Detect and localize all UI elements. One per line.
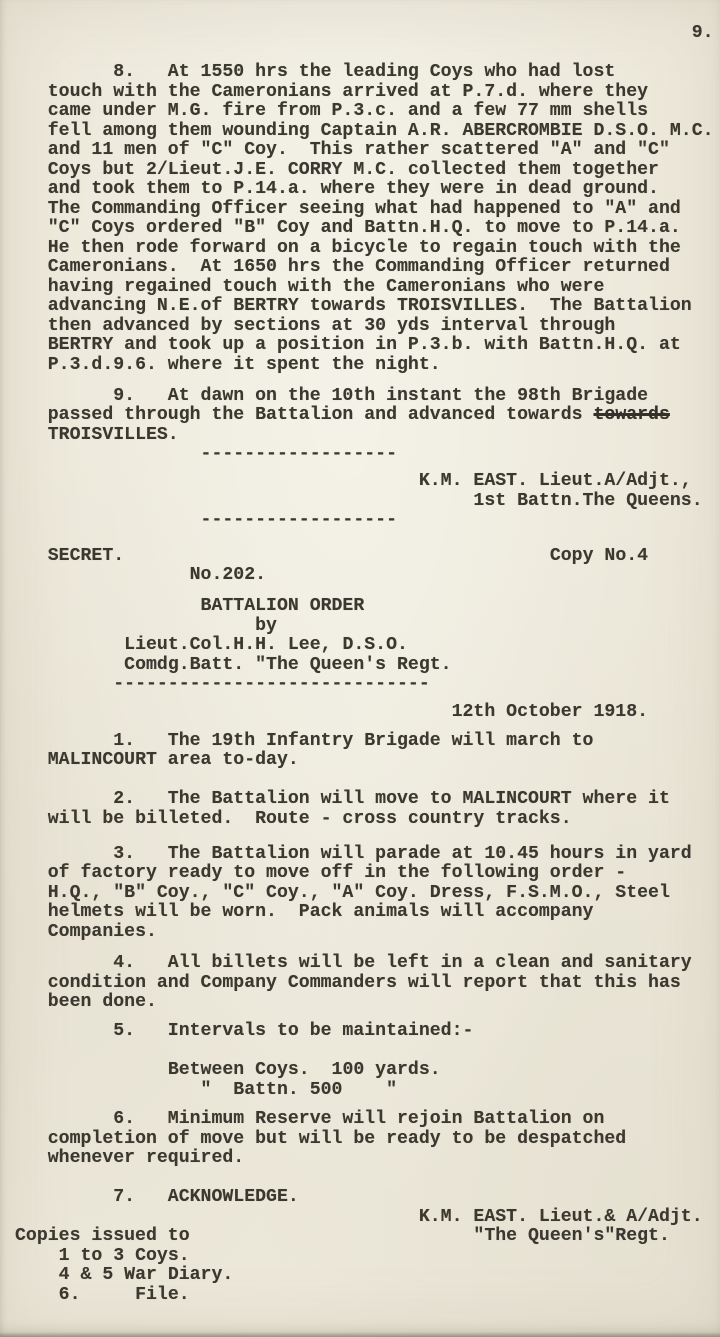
typed-text: P.3.d.9.6. where it spent the night. bbox=[48, 355, 441, 375]
typed-text: ------------------ bbox=[201, 510, 397, 530]
typed-line: Coys but 2/Lieut.J.E. CORRY M.C. collect… bbox=[15, 161, 720, 181]
order-item-4: 4. All billets will be left in a clean a… bbox=[15, 954, 720, 1013]
typed-line: and 11 men of "C" Coy. This rather scatt… bbox=[15, 141, 720, 161]
typed-text: 12th October 1918. bbox=[452, 702, 648, 722]
typed-line: 9. At dawn on the 10th instant the 98th … bbox=[15, 387, 720, 407]
typed-line: 12th October 1918. bbox=[15, 703, 720, 723]
typed-text: fell among them wounding Captain A.R. AB… bbox=[48, 121, 714, 141]
typed-line: of factory ready to move off in the foll… bbox=[15, 864, 720, 884]
secret-copy-line: SECRET. Copy No.4 bbox=[15, 547, 720, 567]
interval-table: Between Coys. 100 yards. " Battn. 500 " bbox=[15, 1061, 720, 1100]
typed-line: having regained touch with the Cameronia… bbox=[15, 278, 720, 298]
signature-east-1: K.M. EAST. Lieut.A/Adjt., 1st Battn.The … bbox=[15, 472, 720, 511]
typed-line: He then rode forward on a bicycle to reg… bbox=[15, 239, 720, 259]
typed-line: The Commanding Officer seeing what had h… bbox=[15, 200, 720, 220]
typed-text: BATTALION ORDER bbox=[201, 596, 365, 616]
typed-line: Between Coys. 100 yards. bbox=[15, 1061, 720, 1081]
struck-word: towards bbox=[593, 405, 669, 425]
typed-line: 1 to 3 Coys. bbox=[15, 1247, 720, 1267]
typed-text: then advanced by sections at 30 yds inte… bbox=[48, 316, 616, 336]
typed-text: 9. At dawn on the 10th instant the 98th … bbox=[113, 386, 648, 406]
typed-line: ------------------ bbox=[15, 445, 720, 465]
typed-text: 6. File. bbox=[59, 1285, 190, 1305]
signature-east-2: K.M. EAST. Lieut.& A/Adjt.Copies issued … bbox=[15, 1208, 720, 1247]
document-page: 9. 8. At 1550 hrs the leading Coys who h… bbox=[0, 0, 720, 1337]
typed-line: came under M.G. fire from P.3.c. and a f… bbox=[15, 102, 720, 122]
order-item-5: 5. Intervals to be maintained:- bbox=[15, 1022, 720, 1042]
typed-text: touch with the Cameronians arrived at P.… bbox=[48, 82, 648, 102]
typed-line: MALINCOURT area to-day. bbox=[15, 751, 720, 771]
typed-line: 8. At 1550 hrs the leading Coys who had … bbox=[15, 63, 720, 83]
typed-text: 1 to 3 Coys. bbox=[59, 1246, 190, 1266]
typed-text: will be billeted. Route - cross country … bbox=[48, 809, 572, 829]
typed-text: " Battn. 500 " bbox=[201, 1080, 397, 1100]
typed-line: 5. Intervals to be maintained:- bbox=[15, 1022, 720, 1042]
typed-line: Companies. bbox=[15, 923, 720, 943]
distribution-list: 1 to 3 Coys. 4 & 5 War Diary. 6. File. bbox=[15, 1247, 720, 1306]
typed-line: 4 & 5 War Diary. bbox=[15, 1266, 720, 1286]
typed-line: 2. The Battalion will move to MALINCOURT… bbox=[15, 790, 720, 810]
typed-text: K.M. EAST. Lieut.& A/Adjt. bbox=[419, 1207, 703, 1227]
typed-line: H.Q., "B" Coy., "C" Coy., "A" Coy. Dress… bbox=[15, 884, 720, 904]
typed-line: BATTALION ORDER bbox=[15, 597, 720, 617]
typed-text: of factory ready to move off in the foll… bbox=[48, 863, 626, 883]
order-item-3: 3. The Battalion will parade at 10.45 ho… bbox=[15, 845, 720, 943]
typed-text: been done. bbox=[48, 992, 157, 1012]
typed-line: Lieut.Col.H.H. Lee, D.S.O. bbox=[15, 636, 720, 656]
typed-line: 4. All billets will be left in a clean a… bbox=[15, 954, 720, 974]
typed-text: ----------------------------- bbox=[113, 674, 430, 694]
typed-line: K.M. EAST. Lieut.A/Adjt., bbox=[15, 472, 720, 492]
paragraph-8: 8. At 1550 hrs the leading Coys who had … bbox=[15, 63, 720, 375]
typed-line: "C" Coys ordered "B" Coy and Battn.H.Q. … bbox=[15, 219, 720, 239]
typed-text: came under M.G. fire from P.3.c. and a f… bbox=[48, 101, 648, 121]
dashed-rule-2: ------------------ bbox=[15, 511, 720, 531]
typed-line: 7. ACKNOWLEDGE. bbox=[15, 1188, 720, 1208]
typed-text: 3. The Battalion will parade at 10.45 ho… bbox=[113, 844, 691, 864]
typed-text: passed through the Battalion and advance… bbox=[48, 405, 583, 425]
typed-line: BERTRY and took up a position in P.3.b. … bbox=[15, 336, 720, 356]
typed-line: " Battn. 500 " bbox=[15, 1081, 720, 1101]
typed-text: "C" Coys ordered "B" Coy and Battn.H.Q. … bbox=[48, 218, 681, 238]
typed-text: Copies issued to bbox=[15, 1226, 190, 1246]
typed-line: Cameronians. At 1650 hrs the Commanding … bbox=[15, 258, 720, 278]
typed-text: and took them to P.14.a. where they were… bbox=[48, 179, 659, 199]
typed-line: by bbox=[15, 617, 720, 637]
typed-content: 9. 8. At 1550 hrs the leading Coys who h… bbox=[15, 24, 720, 1305]
typed-line: helmets will be worn. Pack animals will … bbox=[15, 903, 720, 923]
typed-line: passed through the Battalion and advance… bbox=[15, 406, 720, 426]
order-number: No.202. bbox=[15, 566, 720, 586]
typed-line: ----------------------------- bbox=[15, 675, 720, 695]
typed-text: advancing N.E.of BERTRY towards TROISVIL… bbox=[48, 296, 692, 316]
typed-line: 9. bbox=[15, 24, 720, 44]
typed-text: 1. The 19th Infantry Brigade will march … bbox=[113, 731, 593, 751]
order-item-2: 2. The Battalion will move to MALINCOURT… bbox=[15, 790, 720, 829]
typed-text: Copy No.4 bbox=[550, 546, 648, 566]
typed-text: 7. ACKNOWLEDGE. bbox=[113, 1187, 299, 1207]
typed-text: He then rode forward on a bicycle to reg… bbox=[48, 238, 681, 258]
paragraph-9: 9. At dawn on the 10th instant the 98th … bbox=[15, 387, 720, 446]
typed-line: whenever required. bbox=[15, 1149, 720, 1169]
typed-text: Companies. bbox=[48, 922, 157, 942]
typed-text: No.202. bbox=[190, 565, 266, 585]
typed-line: and took them to P.14.a. where they were… bbox=[15, 180, 720, 200]
typed-text: completion of move but will be ready to … bbox=[48, 1129, 626, 1149]
typed-line: ------------------ bbox=[15, 511, 720, 531]
typed-line: fell among them wounding Captain A.R. AB… bbox=[15, 122, 720, 142]
typed-text: "The Queen's"Regt. bbox=[473, 1226, 669, 1246]
typed-line: Comdg.Batt. "The Queen's Regt. bbox=[15, 656, 720, 676]
typed-text: TROISVILLES. bbox=[48, 425, 179, 445]
typed-text: BERTRY and took up a position in P.3.b. … bbox=[48, 335, 681, 355]
typed-line: completion of move but will be ready to … bbox=[15, 1130, 720, 1150]
typed-text: 1st Battn.The Queens. bbox=[473, 491, 702, 511]
typed-line: TROISVILLES. bbox=[15, 426, 720, 446]
order-item-1: 1. The 19th Infantry Brigade will march … bbox=[15, 732, 720, 771]
order-heading: BATTALION ORDER by Lieut.Col.H.H. Lee, D… bbox=[15, 597, 720, 695]
typed-line: will be billeted. Route - cross country … bbox=[15, 810, 720, 830]
typed-text: MALINCOURT area to-day. bbox=[48, 750, 299, 770]
typed-line: 6. File. bbox=[15, 1286, 720, 1306]
order-item-6: 6. Minimum Reserve will rejoin Battalion… bbox=[15, 1110, 720, 1169]
order-date: 12th October 1918. bbox=[15, 703, 720, 723]
typed-line: SECRET. Copy No.4 bbox=[15, 547, 720, 567]
typed-line: touch with the Cameronians arrived at P.… bbox=[15, 83, 720, 103]
typed-line: 1st Battn.The Queens. bbox=[15, 492, 720, 512]
typed-line: 6. Minimum Reserve will rejoin Battalion… bbox=[15, 1110, 720, 1130]
typed-text: whenever required. bbox=[48, 1148, 244, 1168]
typed-text: 2. The Battalion will move to MALINCOURT… bbox=[113, 789, 670, 809]
typed-line: 1. The 19th Infantry Brigade will march … bbox=[15, 732, 720, 752]
typed-text: Coys but 2/Lieut.J.E. CORRY M.C. collect… bbox=[48, 160, 659, 180]
typed-text: condition and Company Commanders will re… bbox=[48, 973, 681, 993]
typed-line: 3. The Battalion will parade at 10.45 ho… bbox=[15, 845, 720, 865]
typed-text: ------------------ bbox=[201, 444, 397, 464]
typed-text: Cameronians. At 1650 hrs the Commanding … bbox=[48, 257, 670, 277]
typed-text: by bbox=[255, 616, 277, 636]
dashed-rule-1: ------------------ bbox=[15, 445, 720, 465]
typed-text: 4 & 5 War Diary. bbox=[59, 1265, 234, 1285]
typed-text: 8. At 1550 hrs the leading Coys who had … bbox=[113, 62, 615, 82]
typed-line: been done. bbox=[15, 993, 720, 1013]
typed-text: helmets will be worn. Pack animals will … bbox=[48, 902, 594, 922]
typed-line: then advanced by sections at 30 yds inte… bbox=[15, 317, 720, 337]
typed-text: SECRET. bbox=[48, 546, 124, 566]
typed-line: advancing N.E.of BERTRY towards TROISVIL… bbox=[15, 297, 720, 317]
typed-line: K.M. EAST. Lieut.& A/Adjt. bbox=[15, 1208, 720, 1228]
typed-text: 6. Minimum Reserve will rejoin Battalion… bbox=[113, 1109, 604, 1129]
typed-text: K.M. EAST. Lieut.A/Adjt., bbox=[419, 471, 692, 491]
typed-text: The Commanding Officer seeing what had h… bbox=[48, 199, 681, 219]
typed-text: 9. bbox=[692, 23, 714, 43]
typed-text: 5. Intervals to be maintained:- bbox=[113, 1021, 473, 1041]
typed-line: Copies issued to "The Queen's"Regt. bbox=[15, 1227, 720, 1247]
typed-text: H.Q., "B" Coy., "C" Coy., "A" Coy. Dress… bbox=[48, 883, 670, 903]
typed-text: Lieut.Col.H.H. Lee, D.S.O. bbox=[124, 635, 408, 655]
typed-line: condition and Company Commanders will re… bbox=[15, 974, 720, 994]
typed-text: having regained touch with the Cameronia… bbox=[48, 277, 605, 297]
order-item-7: 7. ACKNOWLEDGE. bbox=[15, 1188, 720, 1208]
typed-text: Between Coys. 100 yards. bbox=[168, 1060, 441, 1080]
page-number: 9. bbox=[15, 24, 720, 44]
typed-text: 4. All billets will be left in a clean a… bbox=[113, 953, 691, 973]
typed-line: P.3.d.9.6. where it spent the night. bbox=[15, 356, 720, 376]
typed-text: Comdg.Batt. "The Queen's Regt. bbox=[124, 655, 451, 675]
typed-line: No.202. bbox=[15, 566, 720, 586]
typed-text: and 11 men of "C" Coy. This rather scatt… bbox=[48, 140, 670, 160]
